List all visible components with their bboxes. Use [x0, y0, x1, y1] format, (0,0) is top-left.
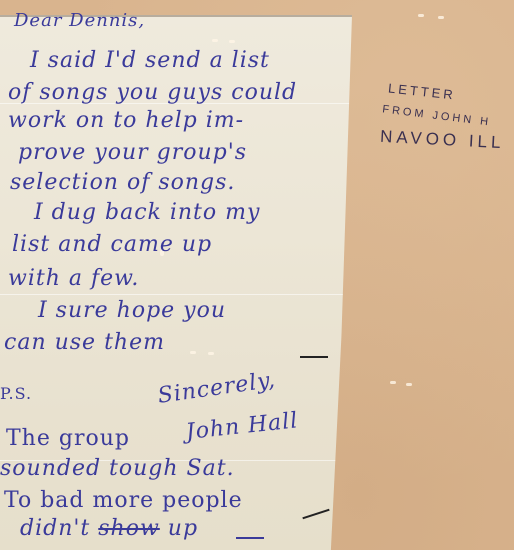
- annotation-line-1: LETTER: [387, 80, 456, 102]
- ps-text: up: [160, 516, 198, 541]
- annotation-line-3: NAVOO ILL: [380, 127, 505, 153]
- body-line: prove your group's: [18, 140, 247, 165]
- salutation: Dear Dennis,: [14, 10, 145, 31]
- body-line: can use them: [4, 330, 165, 355]
- body-line: of songs you guys could: [8, 80, 297, 105]
- ps-label: P.S.: [0, 384, 32, 403]
- body-line: work on to help im-: [8, 108, 244, 133]
- body-line: selection of songs.: [10, 170, 235, 195]
- body-line: I sure hope you: [38, 298, 226, 323]
- struck-word: show: [98, 516, 160, 541]
- staple-mark: [390, 381, 396, 384]
- staple-mark: [208, 352, 214, 355]
- staple-mark: [190, 351, 196, 354]
- staple-mark: [406, 383, 412, 386]
- staple-mark: [212, 39, 218, 42]
- ps-line: The group: [6, 426, 130, 451]
- staple-mark: [229, 40, 235, 43]
- ps-line: To bad more people: [4, 488, 243, 513]
- fold-crease: [0, 294, 352, 295]
- margin-tick: [300, 356, 328, 358]
- body-line: list and came up: [12, 232, 212, 257]
- body-line: I said I'd send a list: [30, 48, 270, 73]
- staple-mark: [438, 16, 444, 19]
- annotation-line-2: FROM JOHN H: [382, 103, 492, 128]
- ps-line: sounded tough Sat.: [0, 456, 235, 481]
- underline-mark: [236, 537, 264, 539]
- ps-last-line: didn't show up: [20, 516, 198, 541]
- staple-mark: [418, 14, 424, 17]
- body-line: with a few.: [8, 266, 139, 291]
- body-line: I dug back into my: [34, 200, 260, 225]
- ps-text: didn't: [20, 516, 98, 541]
